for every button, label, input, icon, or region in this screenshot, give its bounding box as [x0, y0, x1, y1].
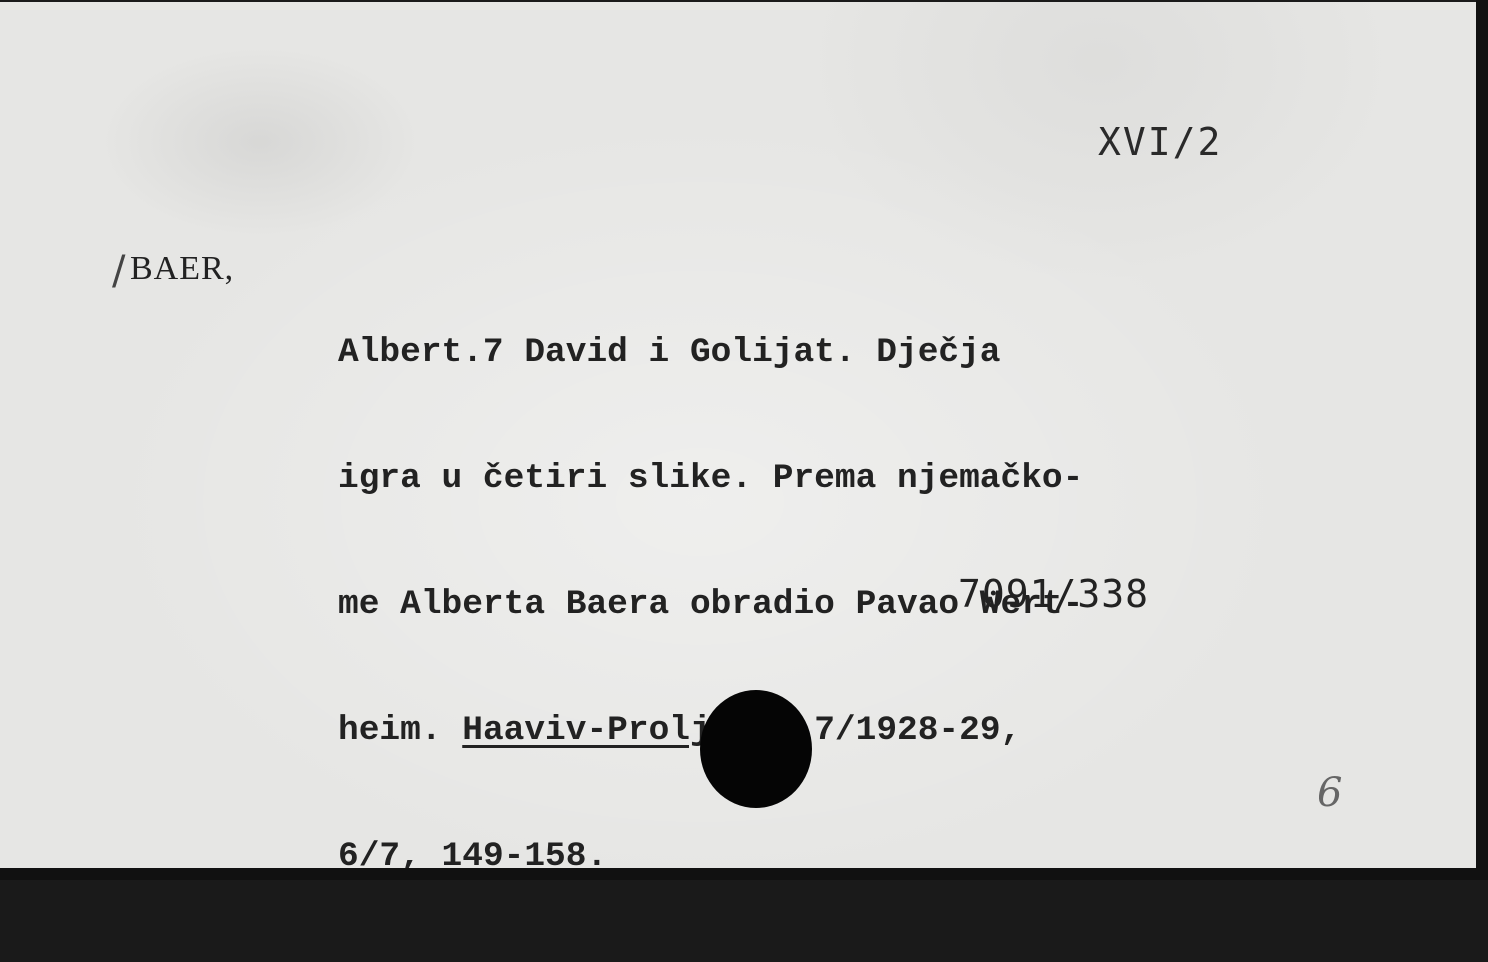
card-edge-right [1476, 0, 1488, 880]
card-edge-bottom [0, 868, 1488, 880]
punch-hole [700, 690, 812, 808]
description-line-2: igra u četiri slike. Prema njemačko- [338, 458, 1083, 500]
handwritten-mark: 6 [1317, 770, 1342, 816]
catalog-card: XVI/2 / BAER, Albert.7 David i Golijat. … [0, 2, 1476, 868]
journal-volume-year: 7/1928-29, [794, 711, 1022, 750]
bracket-open-mark: / [112, 248, 125, 294]
call-number: XVI/2 [1098, 120, 1222, 164]
accession-number: 7091/338 [958, 572, 1149, 616]
description-line-1: Albert.7 David i Golijat. Dječja [338, 332, 1083, 374]
bibliographic-description: Albert.7 David i Golijat. Dječja igra u … [338, 248, 1083, 880]
entry-heading-author: BAER, [130, 250, 234, 288]
line-4-start: heim. [338, 711, 462, 750]
